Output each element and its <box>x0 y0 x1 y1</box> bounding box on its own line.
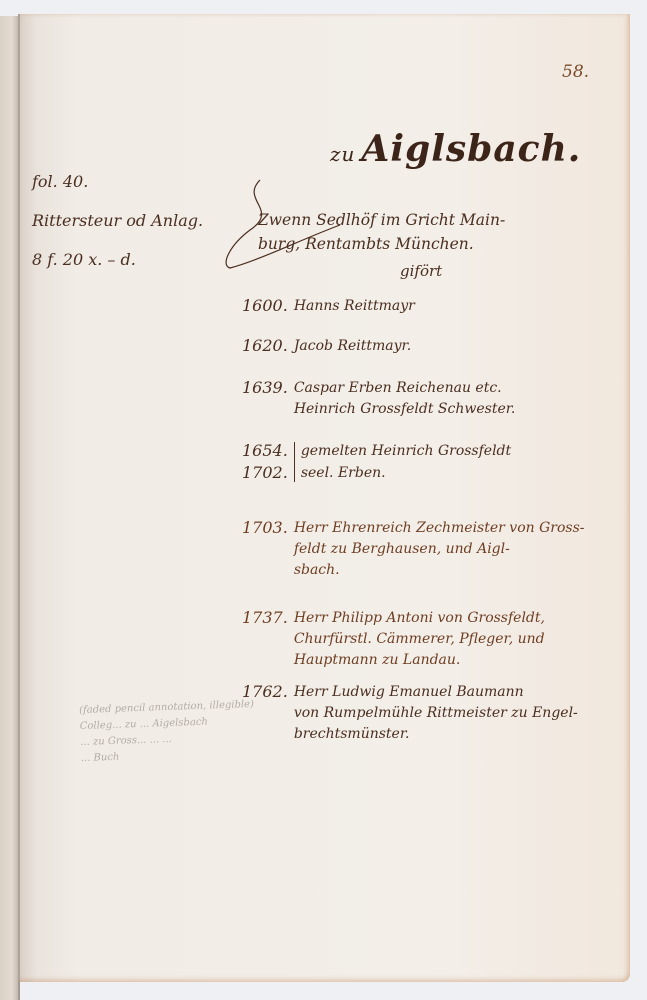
subtitle-line: burg, Rentambts München. <box>258 232 505 256</box>
entry: 1737. Herr Philipp Antoni von Grossfeldt… <box>242 608 545 671</box>
margin-note-line: Rittersteur od Anlag. <box>32 201 203 240</box>
pencil-annotation: (faded pencil annotation, illegible) Col… <box>79 697 256 767</box>
entry-line: gemelten Heinrich Grossfeldt <box>301 440 511 462</box>
page-number: 58. <box>562 62 589 82</box>
entry-line: feldt zu Berghausen, und Aigl- <box>294 539 585 560</box>
entry-line: brechtsmünster. <box>294 724 578 745</box>
entry-line: Herr Ehrenreich Zechmeister von Gross- <box>294 518 585 539</box>
entry-line: Hauptmann zu Landau. <box>294 650 545 671</box>
entry: 1703. Herr Ehrenreich Zechmeister von Gr… <box>242 518 585 581</box>
entry-line: Hanns Reittmayr <box>294 296 415 317</box>
entry: 1654. 1702. gemelten Heinrich Grossfeldt… <box>242 440 511 484</box>
margin-note-line: 8 f. 20 x. – d. <box>32 240 203 279</box>
entry: 1762. Herr Ludwig Emanuel Baumann von Ru… <box>242 682 578 745</box>
subtitle-line: Zwenn Sedlhöf im Gricht Main- <box>258 208 505 232</box>
book-spine <box>18 14 20 1000</box>
entry-line: Jacob Reittmayr. <box>294 336 411 357</box>
entry-line: von Rumpelmühle Rittmeister zu Engel- <box>294 703 578 724</box>
page-title: zuAiglsbach. <box>330 128 581 170</box>
entry-year: 1620. <box>242 336 288 357</box>
entry-line: sbach. <box>294 560 585 581</box>
entry-year: 1654. <box>242 440 288 462</box>
entry-year: 1600. <box>242 296 288 317</box>
entry-line: Churfürstl. Cämmerer, Pfleger, und <box>294 629 545 650</box>
margin-note: fol. 40. Rittersteur od Anlag. 8 f. 20 x… <box>32 162 203 279</box>
facing-page-edge <box>0 16 20 1000</box>
entry: 1639. Caspar Erben Reichenau etc. Heinri… <box>242 378 515 420</box>
margin-note-line: fol. 40. <box>32 162 203 201</box>
entry-line: Heinrich Grossfeldt Schwester. <box>294 399 516 420</box>
entry-year: 1703. <box>242 518 288 581</box>
title-prefix: zu <box>330 142 355 166</box>
entry-year: 1702. <box>242 462 288 484</box>
entry: 1620. Jacob Reittmayr. <box>242 336 411 357</box>
subtitle: Zwenn Sedlhöf im Gricht Main- burg, Rent… <box>258 208 505 256</box>
entry-line: Caspar Erben Reichenau etc. <box>294 378 516 399</box>
bracket <box>294 442 295 482</box>
entry: 1600. Hanns Reittmayr <box>242 296 415 317</box>
section-label: gifört <box>400 262 442 280</box>
entry-line: Herr Philipp Antoni von Grossfeldt, <box>294 608 545 629</box>
entry-year: 1639. <box>242 378 288 420</box>
entry-year: 1737. <box>242 608 288 671</box>
title-text: Aiglsbach. <box>361 128 581 170</box>
entry-line: Herr Ludwig Emanuel Baumann <box>294 682 578 703</box>
entry-line: seel. Erben. <box>301 462 511 484</box>
